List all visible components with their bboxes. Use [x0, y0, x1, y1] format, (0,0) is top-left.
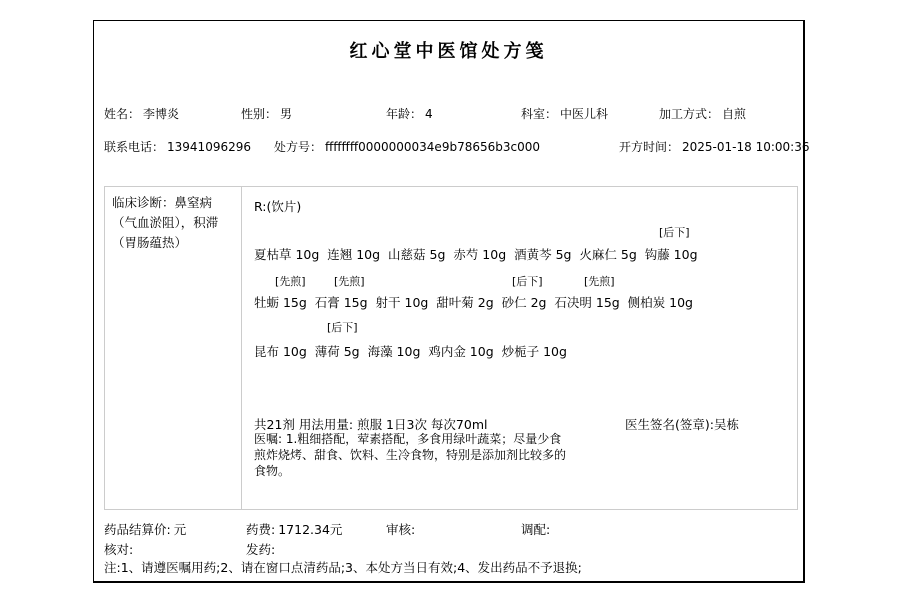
field-value: 元	[174, 522, 187, 537]
herb-line: 夏枯草 10g 连翘 10g 山慈菇 5g 赤芍 10g 酒黄芩 5g 火麻仁 …	[254, 245, 698, 263]
field-value: 13941096296	[167, 140, 251, 154]
field-value: 2025-01-18 10:00:36	[682, 140, 809, 154]
field-label: 发药:	[246, 542, 275, 557]
note-line: 注:1、请遵医嘱用药;2、请在窗口点清药品;3、本处方当日有效;4、发出药品不予…	[104, 558, 582, 576]
field-label: 核对:	[104, 542, 133, 557]
field-check: 核对:	[104, 540, 136, 558]
page-title: 红心堂中医馆处方笺	[94, 37, 803, 63]
diagnosis-label: 临床诊断：	[112, 195, 175, 210]
field-processing-method: 加工方式：自煎	[659, 105, 746, 122]
field-value: 中医儿科	[560, 107, 608, 121]
field-label: 药费:	[246, 522, 275, 537]
field-value: 男	[280, 107, 292, 121]
herb-line: 昆布 10g 薄荷 5g 海藻 10g 鸡内金 10g 炒栀子 10g	[254, 342, 567, 360]
field-department: 科室：中医儿科	[521, 105, 608, 122]
prescription-body: 临床诊断：鼻窒病（气血淤阻），积滞（胃肠蕴热） R:(饮片) [后下] 夏枯草 …	[104, 186, 798, 510]
footer-row-2: 核对: 发药:	[94, 540, 803, 556]
diagnosis-panel: 临床诊断：鼻窒病（气血淤阻），积滞（胃肠蕴热）	[105, 187, 242, 509]
herb-annotation-row: [后下]	[243, 319, 797, 332]
field-value: 4	[425, 107, 433, 121]
field-label: 加工方式：	[659, 107, 719, 121]
contact-info-row: 联系电话：13941096296 处方号：ffffffff0000000034e…	[94, 138, 803, 154]
herb-annotation: [后下]	[512, 273, 543, 289]
doctor-signature-label: 医生签名(签章):	[625, 417, 714, 432]
herb-annotation-row: [先煎] [先煎] [后下] [先煎]	[243, 273, 797, 286]
herb-annotation: [先煎]	[334, 273, 365, 289]
field-label: 年龄：	[386, 107, 422, 121]
herb-line: 牡蛎 15g 石膏 15g 射干 10g 甜叶菊 2g 砂仁 2g 石决明 15…	[254, 293, 693, 311]
field-review: 审核:	[386, 520, 418, 538]
herb-annotation: [后下]	[327, 319, 358, 335]
field-label: 姓名：	[104, 107, 140, 121]
field-medicine-fee: 药费:1712.34元	[246, 520, 342, 538]
herb-annotation: [后下]	[659, 224, 690, 240]
field-value: 李博炎	[143, 107, 179, 121]
field-patient-name: 姓名：李博炎	[104, 105, 179, 122]
herb-annotation: [先煎]	[584, 273, 615, 289]
field-label: 药品结算价:	[104, 522, 171, 537]
rx-header: R:(饮片)	[254, 197, 301, 215]
field-age: 年龄：4	[386, 105, 433, 122]
field-gender: 性别：男	[241, 105, 292, 122]
rx-panel: R:(饮片) [后下] 夏枯草 10g 连翘 10g 山慈菇 5g 赤芍 10g…	[243, 187, 797, 509]
footer-row-1: 药品结算价:元 药费:1712.34元 审核: 调配:	[94, 520, 803, 536]
field-dispense-prepare: 调配:	[521, 520, 553, 538]
herb-annotation: [先煎]	[275, 273, 306, 289]
field-prescription-time: 开方时间：2025-01-18 10:00:36	[619, 138, 809, 155]
patient-info-row: 姓名：李博炎 性别：男 年龄：4 科室：中医儿科 加工方式：自煎	[94, 105, 803, 121]
field-label: 科室：	[521, 107, 557, 121]
doctor-signature: 医生签名(签章):吴栋	[625, 415, 739, 433]
field-label: 处方号：	[274, 140, 322, 154]
field-value: ffffffff0000000034e9b78656b3c000	[325, 140, 540, 154]
field-value: 自煎	[722, 107, 746, 121]
doctor-name: 吴栋	[714, 417, 739, 432]
prescription-document: 红心堂中医馆处方笺 姓名：李博炎 性别：男 年龄：4 科室：中医儿科 加工方式：…	[93, 20, 805, 583]
field-prescription-number: 处方号：ffffffff0000000034e9b78656b3c000	[274, 138, 540, 155]
field-phone: 联系电话：13941096296	[104, 138, 251, 155]
field-label: 联系电话：	[104, 140, 164, 154]
field-settlement-price: 药品结算价:元	[104, 520, 186, 538]
field-dispense: 发药:	[246, 540, 278, 558]
field-label: 审核:	[386, 522, 415, 537]
field-label: 性别：	[241, 107, 277, 121]
field-value: 1712.34元	[278, 522, 342, 537]
field-label: 开方时间：	[619, 140, 679, 154]
herb-annotation-row: [后下]	[243, 224, 797, 237]
medical-advice: 医嘱: 1.粗细搭配，荤素搭配，多食用绿叶蔬菜；尽量少食煎炸烧烤、甜食、饮料、生…	[254, 431, 572, 479]
field-label: 调配:	[521, 522, 550, 537]
